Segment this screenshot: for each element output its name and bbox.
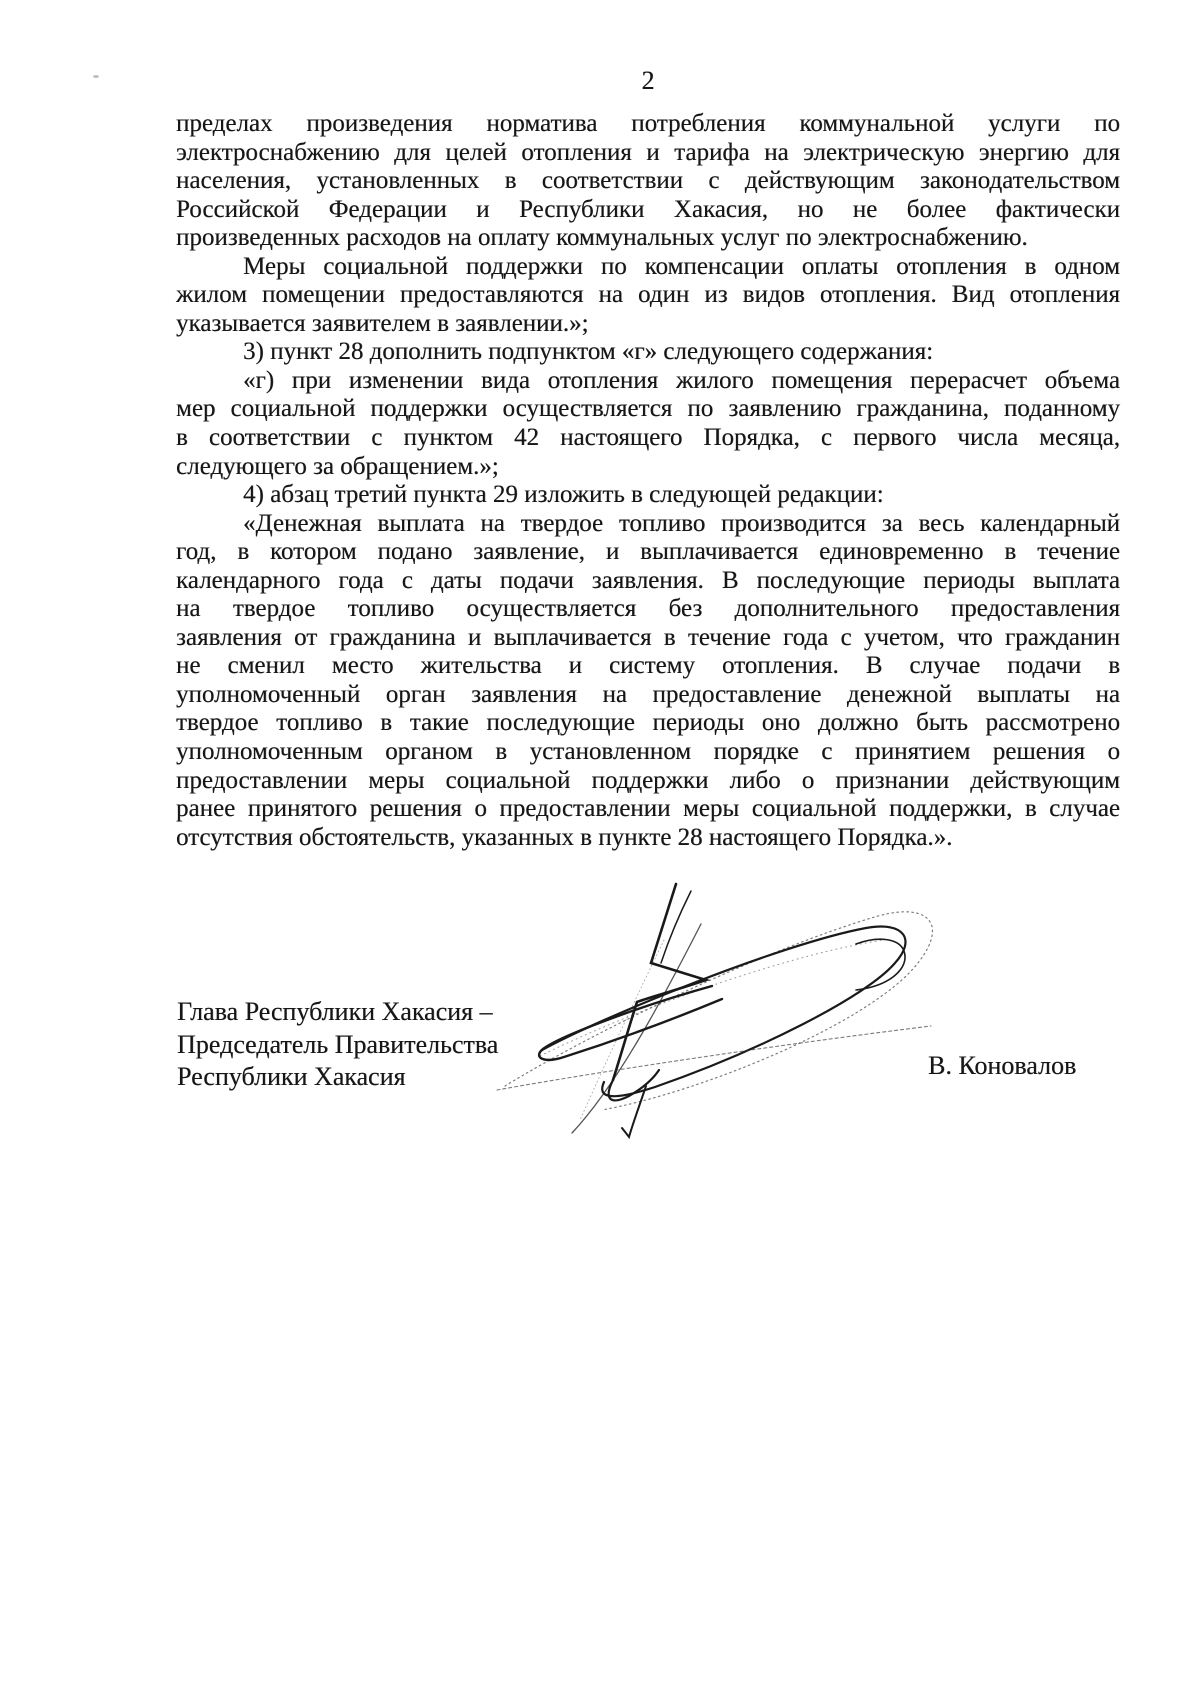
text-line: пределах произведения норматива потребле… bbox=[176, 110, 1120, 139]
text-line: не сменил место жительства и систему ото… bbox=[176, 652, 1120, 681]
paragraph: «г) при изменении вида отопления жилого … bbox=[176, 367, 1120, 481]
signatory-title-line: Республики Хакасия bbox=[177, 1061, 498, 1094]
scan-artifact bbox=[93, 75, 99, 78]
paragraph: 4) абзац третий пункта 29 изложить в сле… bbox=[176, 481, 1120, 510]
signatory-title-block: Глава Республики Хакасия –Председатель П… bbox=[177, 996, 498, 1094]
text-line: ранее принятого решения о предоставлении… bbox=[176, 795, 1120, 824]
text-line: жилом помещении предоставляются на один … bbox=[176, 281, 1120, 310]
text-line: заявления от гражданина и выплачивается … bbox=[176, 624, 1120, 653]
signature-icon bbox=[480, 860, 950, 1160]
text-line: в соответствии с пунктом 42 настоящего П… bbox=[176, 424, 1120, 453]
text-line: указывается заявителем в заявлении.»; bbox=[176, 310, 1120, 339]
text-line: предоставлении меры социальной поддержки… bbox=[176, 767, 1120, 796]
paragraph: пределах произведения норматива потребле… bbox=[176, 110, 1120, 253]
text-line: 3) пункт 28 дополнить подпунктом «г» сле… bbox=[176, 338, 1120, 367]
text-line: Меры социальной поддержки по компенсации… bbox=[176, 253, 1120, 282]
text-line: следующего за обращением.»; bbox=[176, 453, 1120, 482]
signatory-name: В. Коновалов bbox=[928, 1050, 1076, 1082]
text-line: «г) при изменении вида отопления жилого … bbox=[176, 367, 1120, 396]
page-number: 2 bbox=[176, 66, 1120, 96]
text-body: пределах произведения норматива потребле… bbox=[176, 110, 1120, 852]
paragraph: Меры социальной поддержки по компенсации… bbox=[176, 253, 1120, 339]
text-line: 4) абзац третий пункта 29 изложить в сле… bbox=[176, 481, 1120, 510]
signatory-title-line: Председатель Правительства bbox=[177, 1029, 498, 1062]
text-line: год, в котором подано заявление, и выпла… bbox=[176, 538, 1120, 567]
text-line: мер социальной поддержки осуществляется … bbox=[176, 395, 1120, 424]
document-page: 2 пределах произведения норматива потреб… bbox=[0, 0, 1200, 1698]
text-line: Российской Федерации и Республики Хакаси… bbox=[176, 196, 1120, 225]
text-line: произведенных расходов на оплату коммуна… bbox=[176, 224, 1120, 253]
text-line: твердое топливо в такие последующие пери… bbox=[176, 709, 1120, 738]
text-line: уполномоченным органом в установленном п… bbox=[176, 738, 1120, 767]
text-line: уполномоченный орган заявления на предос… bbox=[176, 681, 1120, 710]
text-line: календарного года с даты подачи заявлени… bbox=[176, 567, 1120, 596]
text-line: отсутствия обстоятельств, указанных в пу… bbox=[176, 824, 1120, 853]
text-line: населения, установленных в соответствии … bbox=[176, 167, 1120, 196]
signatory-title-line: Глава Республики Хакасия – bbox=[177, 996, 498, 1029]
text-line: «Денежная выплата на твердое топливо про… bbox=[176, 510, 1120, 539]
paragraph: 3) пункт 28 дополнить подпунктом «г» сле… bbox=[176, 338, 1120, 367]
text-line: электроснабжению для целей отопления и т… bbox=[176, 139, 1120, 168]
text-line: на твердое топливо осуществляется без до… bbox=[176, 595, 1120, 624]
paragraph: «Денежная выплата на твердое топливо про… bbox=[176, 510, 1120, 853]
